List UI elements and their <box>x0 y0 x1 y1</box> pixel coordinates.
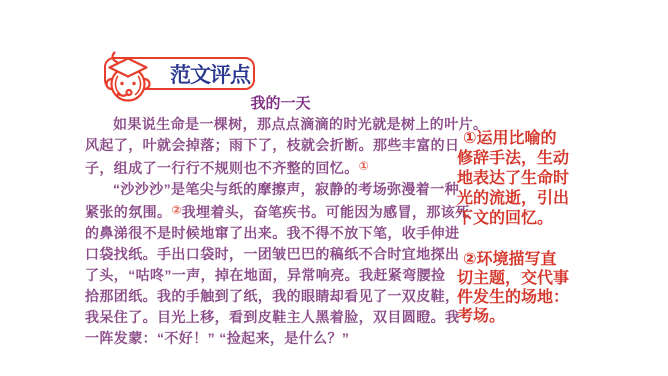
footnote-marker: ① <box>359 159 369 173</box>
essay-line: 紧张的氛围。②我埋着头，奋笔疾书。可能因为感冒，那该死 <box>85 200 459 223</box>
essay-text-segment: 子，组成了一行行不规则也不齐整的回忆。 <box>85 160 359 176</box>
annotation-line: 考场。 <box>457 307 577 326</box>
annotation-line: 件发生的场地： <box>457 288 577 307</box>
essay-line: 子，组成了一行行不规则也不齐整的回忆。① <box>85 156 459 179</box>
essay-line: 一阵发蒙：“不好！” “捡起来，是什么？” <box>85 328 459 349</box>
essay-line: “沙沙沙”是笔尖与纸的摩擦声，寂静的考场弥漫着一种 <box>85 179 459 200</box>
footnote-marker: ② <box>171 203 181 217</box>
annotation-column: ①运用比喻的修辞手法，生动地表达了生命时光的流逝，引出下文的回忆。②环境描写直切… <box>457 129 577 326</box>
essay-text-segment: 紧张的氛围。 <box>85 204 171 220</box>
essay-text-segment: 我呆住了。目光上移，看到皮鞋主人黑着脸，双目圆瞪。我 <box>85 309 459 325</box>
annotation-line: 地表达了生命时 <box>457 169 577 189</box>
annotation-line: 切主题，交代事 <box>457 269 577 288</box>
annotation-line: ①运用比喻的 <box>457 129 577 149</box>
essay-text-segment: 拾那团纸。我的手触到了纸，我的眼睛却看见了一双皮鞋， <box>85 288 459 304</box>
essay-line: 口袋找纸。手出口袋时，一团皱巴巴的稿纸不合时宜地探出 <box>85 244 459 265</box>
essay-text-segment: 了头，“咕咚”一声，掉在地面，异常响亮。我赶紧弯腰捡 <box>85 267 445 283</box>
annotation-note-2: ②环境描写直切主题，交代事件发生的场地：考场。 <box>457 250 577 326</box>
essay-text-segment: 风起了，叶就会掉落；雨下了，枝就会折断。那些丰富的日 <box>85 137 459 153</box>
essay-line: 拾那团纸。我的手触到了纸，我的眼睛却看见了一双皮鞋， <box>85 286 459 307</box>
essay-text-segment: 如果说生命是一棵树，那点点滴滴的时光就是树上的叶片。 <box>113 116 487 132</box>
annotation-line: 修辞手法，生动 <box>457 149 577 169</box>
annotation-line: 下文的回忆。 <box>457 209 577 229</box>
essay-title: 我的一天 <box>85 94 459 114</box>
essay-body: 我的一天 如果说生命是一棵树，那点点滴滴的时光就是树上的叶片。风起了，叶就会掉落… <box>85 94 459 349</box>
essay-text-segment: 的鼻涕很不是时候地窜了出来。我不得不放下笔，收手伸进 <box>85 225 459 241</box>
essay-text-segment: 我埋着头，奋笔疾书。可能因为感冒，那该死 <box>182 204 470 220</box>
essay-text-segment: “沙沙沙”是笔尖与纸的摩擦声，寂静的考场弥漫着一种 <box>113 181 459 197</box>
annotation-note-1: ①运用比喻的修辞手法，生动地表达了生命时光的流逝，引出下文的回忆。 <box>457 129 577 229</box>
essay-text-segment: 口袋找纸。手出口袋时，一团皱巴巴的稿纸不合时宜地探出 <box>85 246 459 262</box>
essay-line: 了头，“咕咚”一声，掉在地面，异常响亮。我赶紧弯腰捡 <box>85 265 459 286</box>
essay-line: 我呆住了。目光上移，看到皮鞋主人黑着脸，双目圆瞪。我 <box>85 307 459 328</box>
essay-line: 风起了，叶就会掉落；雨下了，枝就会折断。那些丰富的日 <box>85 135 459 156</box>
annotation-line: ②环境描写直 <box>457 250 577 269</box>
essay-text: 如果说生命是一棵树，那点点滴滴的时光就是树上的叶片。风起了，叶就会掉落；雨下了，… <box>85 114 459 349</box>
essay-text-segment: 一阵发蒙：“不好！” “捡起来，是什么？” <box>85 330 349 346</box>
annotation-line: 光的流逝，引出 <box>457 189 577 209</box>
slide: 范文评点 我的一天 如果说生命是一棵树，那点点滴滴的时光就是树上的叶片。风起了，… <box>0 0 668 376</box>
essay-line: 如果说生命是一棵树，那点点滴滴的时光就是树上的叶片。 <box>85 114 459 135</box>
essay-line: 的鼻涕很不是时候地窜了出来。我不得不放下笔，收手伸进 <box>85 223 459 244</box>
